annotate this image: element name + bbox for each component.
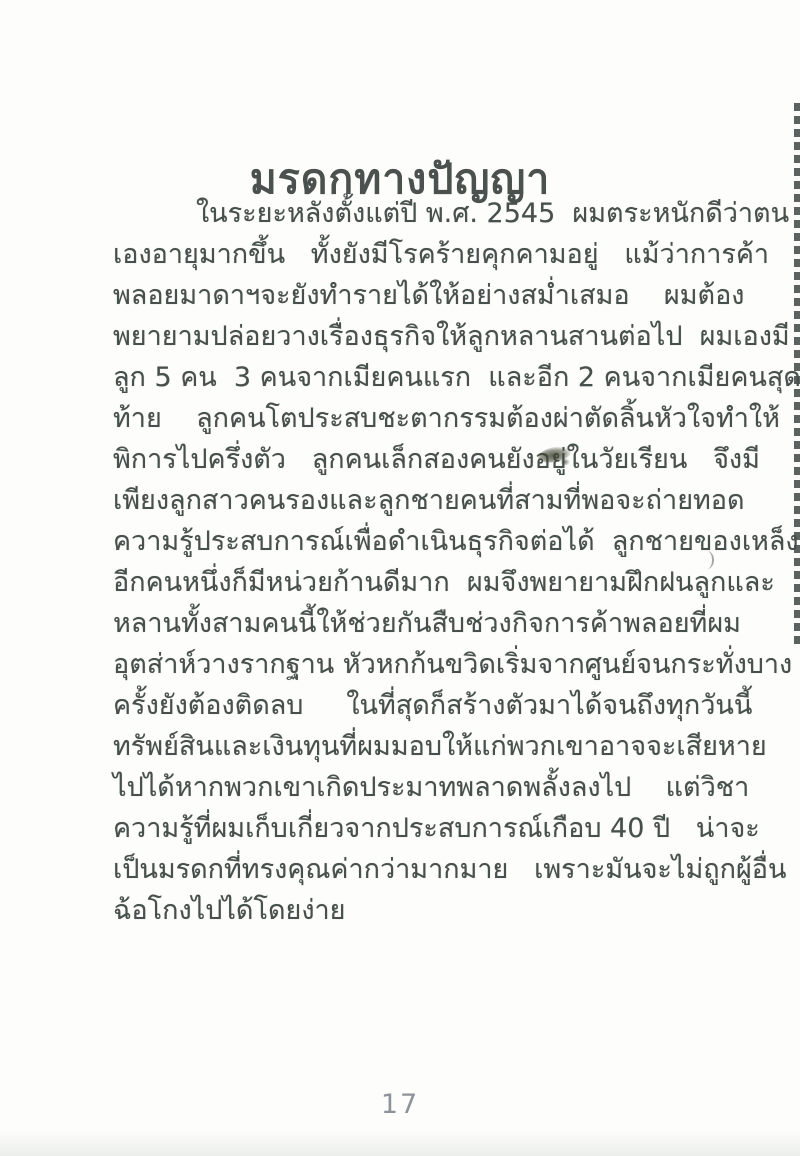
paragraph-line: หลานทั้งสามคนนี้ให้ช่วยกันสืบช่วงกิจการค… xyxy=(113,603,698,644)
paragraph-line: พลอยมาดาฯจะยังทำรายได้ให้อย่างสม่ำเสมอ ผ… xyxy=(113,275,698,316)
ink-smudge-artifact xyxy=(560,458,570,466)
scanned-book-page: มรดกทางปัญญา ในระยะหลังตั้งแต่ปี พ.ศ. 25… xyxy=(0,0,800,1156)
paragraph-line: ไปได้หากพวกเขาเกิดประมาทพลาดพลั้งลงไป แต… xyxy=(113,767,698,808)
paragraph-line: ท้าย ลูกคนโตประสบชะตากรรมต้องผ่าตัดลิ้นห… xyxy=(113,398,698,439)
paragraph-line: ความรู้ประสบการณ์เพื่อดำเนินธุรกิจต่อได้… xyxy=(113,521,698,562)
paragraph-line: อุตส่าห์วางรากฐาน หัวหกก้นขวิดเริ่มจากศู… xyxy=(113,644,698,685)
paragraph-line: พิการไปครึ่งตัว ลูกคนเล็กสองคนยังอยู่ในว… xyxy=(113,439,698,480)
body-paragraph: ในระยะหลังตั้งแต่ปี พ.ศ. 2545 ผมตระหนักด… xyxy=(113,193,698,931)
paragraph-line: ลูก 5 คน 3 คนจากเมียคนแรก และอีก 2 คนจาก… xyxy=(113,357,698,398)
paragraph-line: เป็นมรดกที่ทรงคุณค่ากว่ามากมาย เพราะมันจ… xyxy=(113,849,698,890)
page-number: 17 xyxy=(0,1089,800,1120)
paragraph-line: ความรู้ที่ผมเก็บเกี่ยวจากประสบการณ์เกือบ… xyxy=(113,808,698,849)
scan-shadow xyxy=(0,1130,800,1156)
paragraph-line: อีกคนหนึ่งก็มีหน่วยก้านดีมาก ผมจึงพยายาม… xyxy=(113,562,698,603)
paragraph-line: ทรัพย์สินและเงินทุนที่ผมมอบให้แก่พวกเขาอ… xyxy=(113,726,698,767)
paragraph-line: ฉ้อโกงไปได้โดยง่าย xyxy=(113,890,698,931)
paragraph-line: พยายามปล่อยวางเรื่องธุรกิจให้ลูกหลานสานต… xyxy=(113,316,698,357)
paragraph-line: เพียงลูกสาวคนรองและลูกชายคนที่สามที่พอจะ… xyxy=(113,480,698,521)
paragraph-line: ในระยะหลังตั้งแต่ปี พ.ศ. 2545 ผมตระหนักด… xyxy=(113,193,698,234)
paragraph-line: ครั้งยังต้องติดลบ ในที่สุดก็สร้างตัวมาได… xyxy=(113,685,698,726)
paragraph-line: เองอายุมากขึ้น ทั้งยังมีโรคร้ายคุกคามอยู… xyxy=(113,234,698,275)
